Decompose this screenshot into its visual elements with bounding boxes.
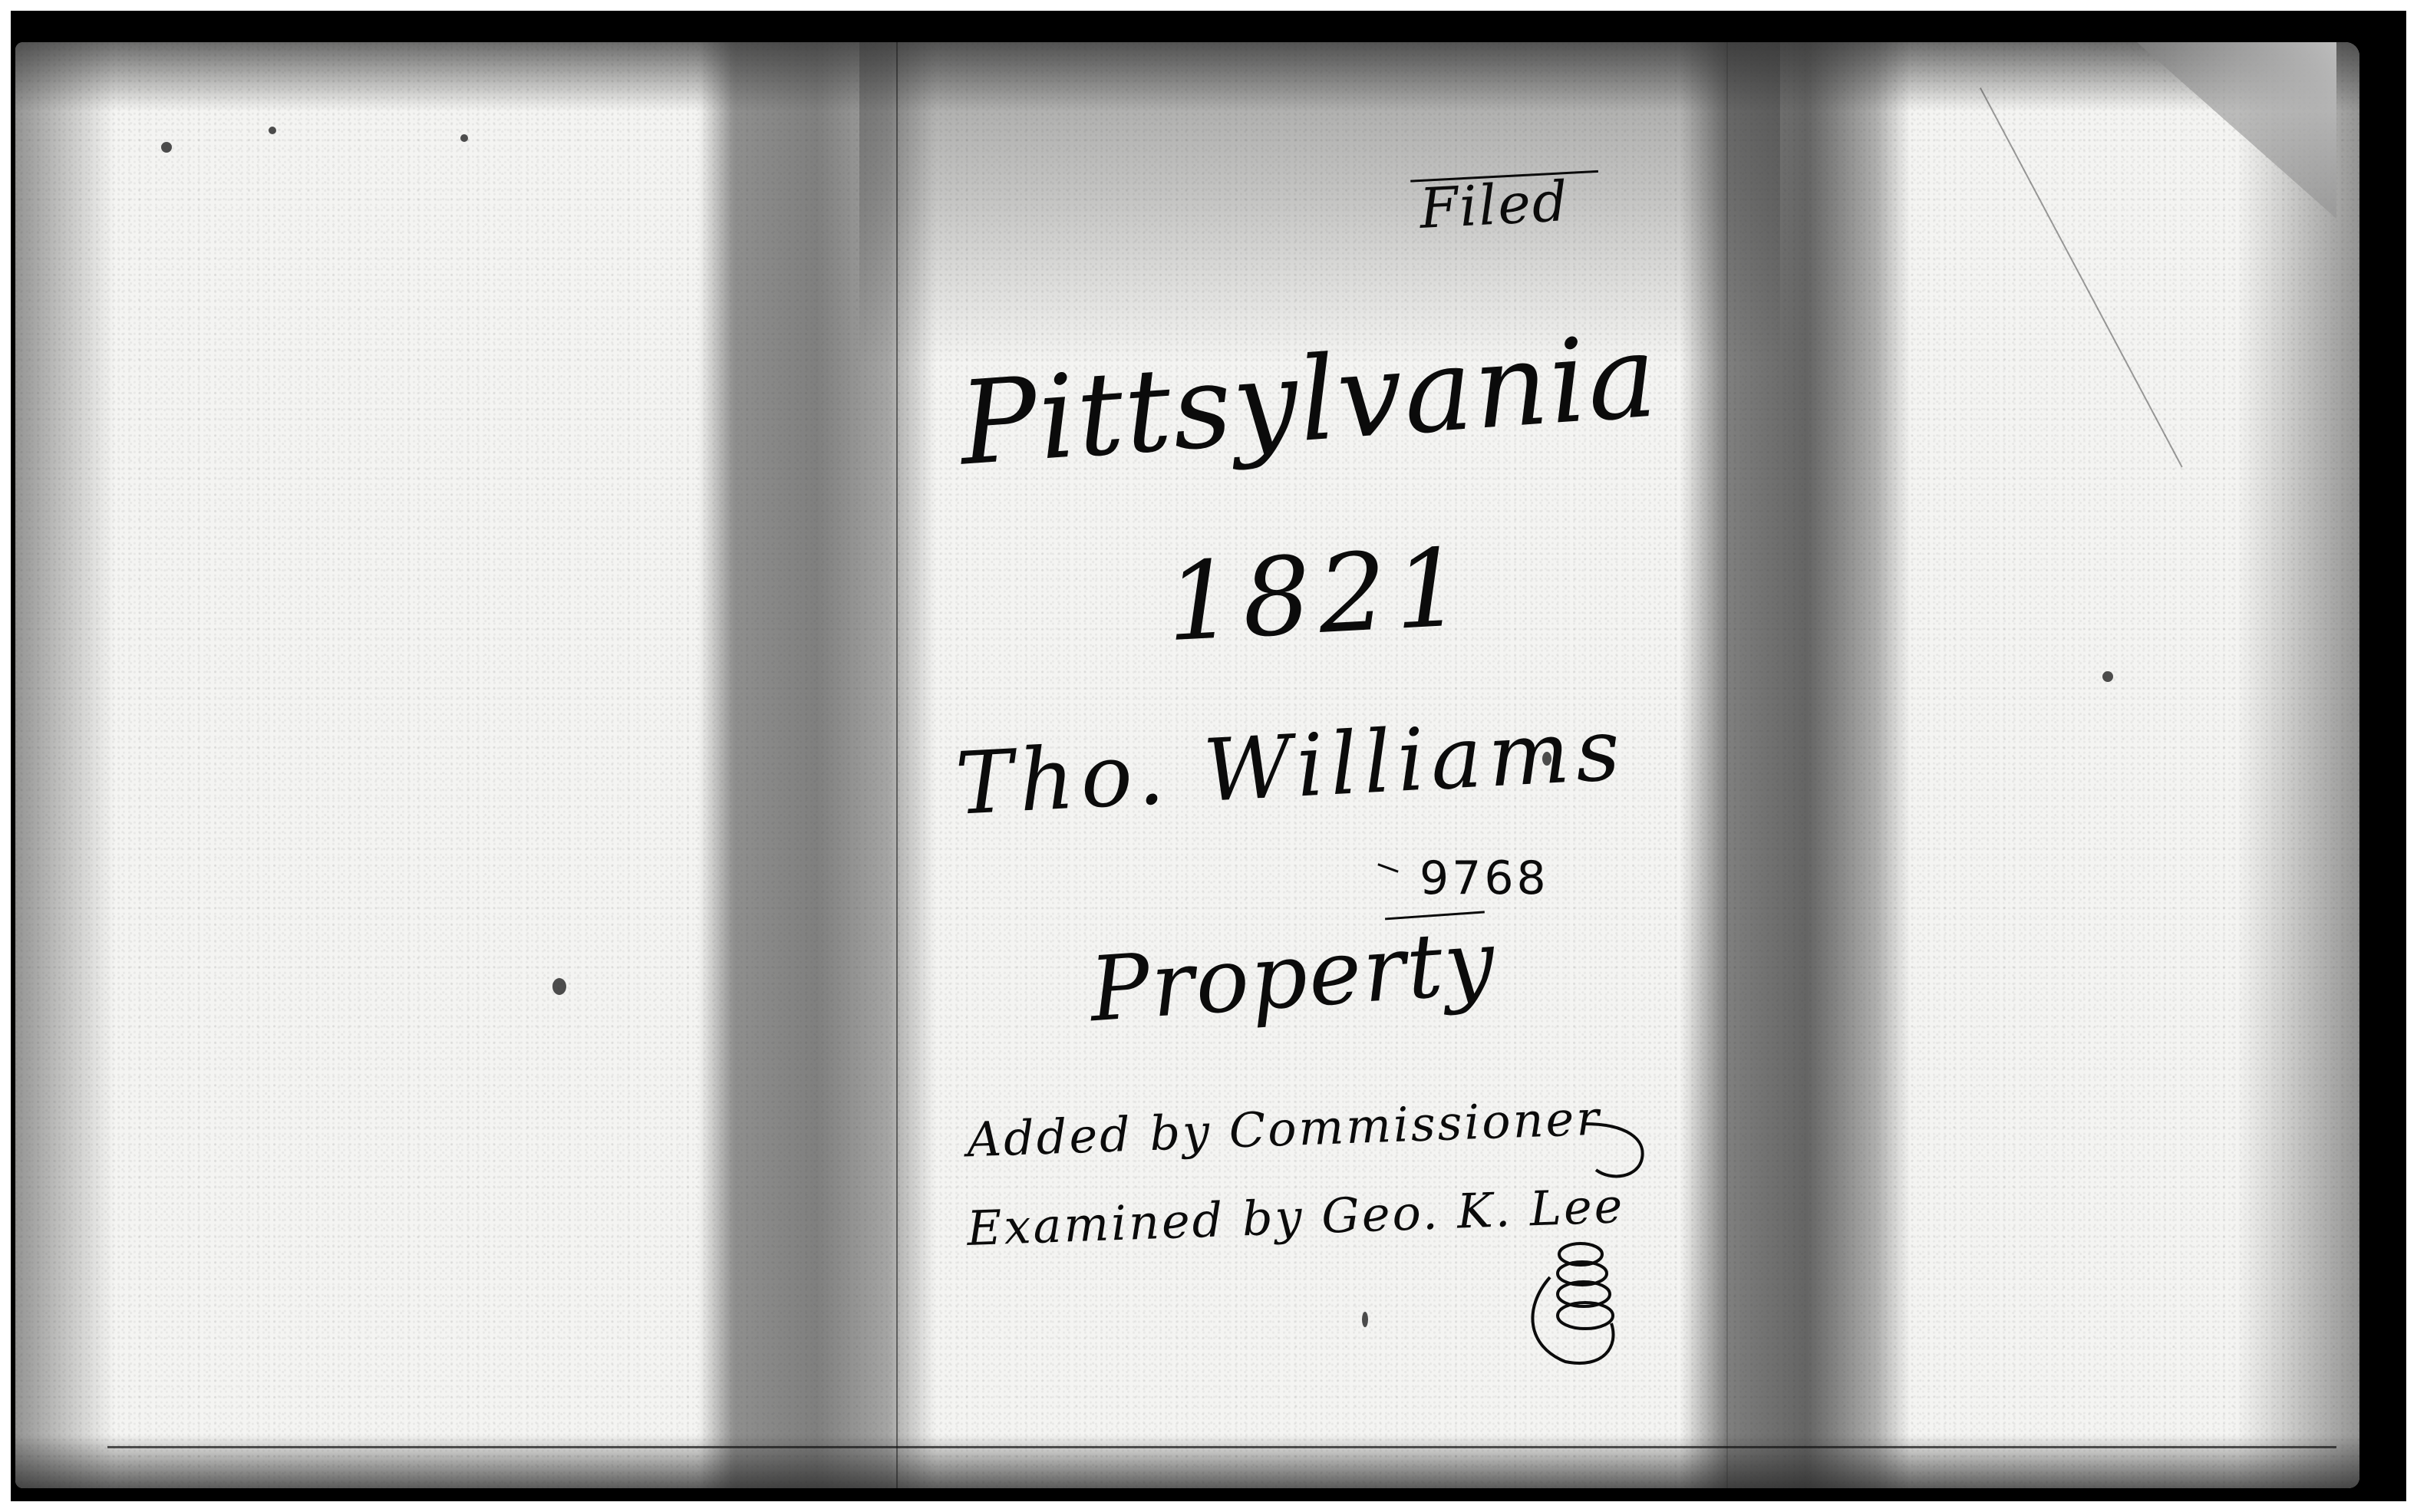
fold-crease-right bbox=[1726, 42, 1728, 1488]
ink-spot bbox=[269, 127, 276, 134]
signature-flourish-icon bbox=[1519, 1231, 1627, 1369]
ink-spot bbox=[2102, 671, 2113, 682]
flourish-brace-icon bbox=[1581, 1116, 1650, 1185]
filed-annotation: Filed bbox=[1418, 169, 1571, 241]
fold-crease-left bbox=[896, 42, 898, 1488]
ink-spot bbox=[161, 142, 172, 153]
right-edge-stain bbox=[2237, 42, 2359, 1488]
ink-spot bbox=[1362, 1312, 1368, 1327]
bottom-fold-line bbox=[107, 1446, 2336, 1448]
ink-spot bbox=[460, 134, 468, 142]
reference-number: 9768 bbox=[1420, 852, 1549, 905]
document-page: Filed Pittsylvania 1821 Tho. Williams 97… bbox=[15, 42, 2359, 1488]
left-edge-stain bbox=[15, 42, 115, 1488]
ink-spot bbox=[552, 978, 566, 995]
record-year: 1821 bbox=[1163, 525, 1473, 667]
bottom-edge-wear bbox=[15, 1435, 2359, 1488]
top-edge-wear bbox=[15, 42, 2359, 111]
